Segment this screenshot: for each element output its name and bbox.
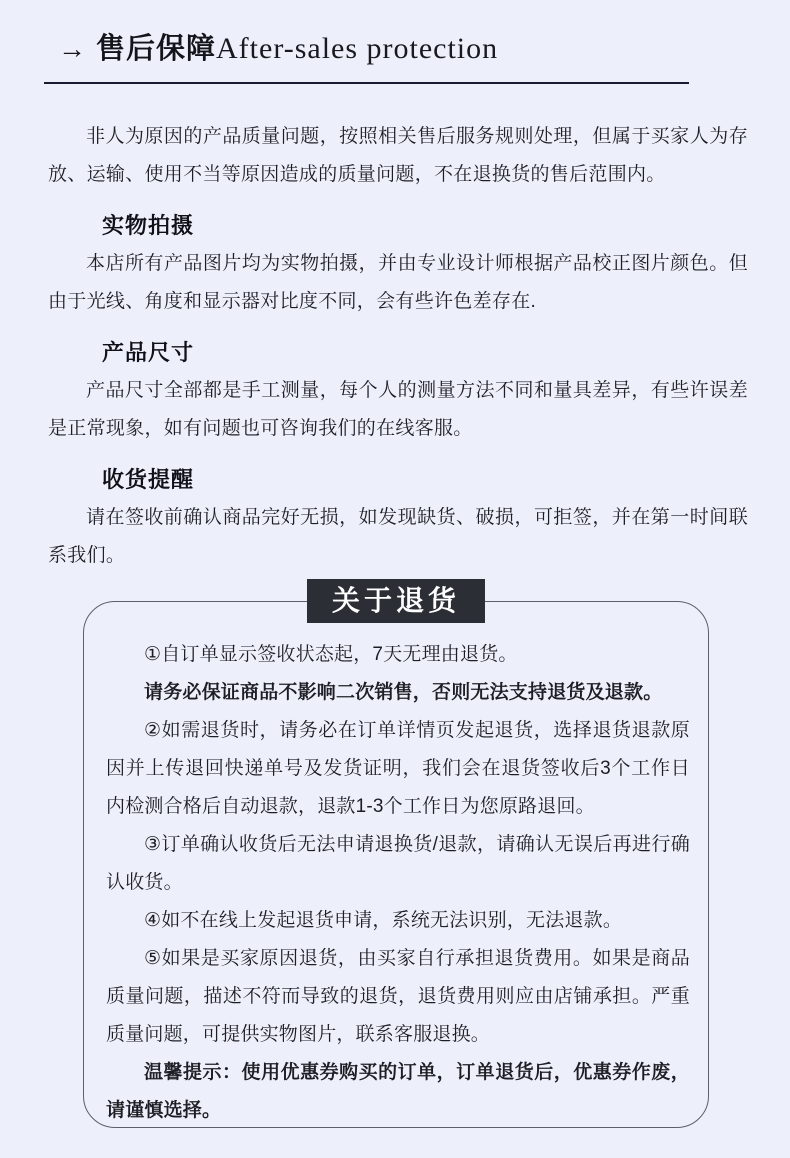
returns-policy-box: 关于退货 ①自订单显示签收状态起，7天无理由退货。 请务必保证商品不影响二次销售…: [83, 601, 709, 1128]
returns-item-6: ⑤如果是买家原因退货，由买家自行承担退货费用。如果是商品质量问题，描述不符而导致…: [106, 940, 690, 1054]
intro-paragraph: 非人为原因的产品质量问题，按照相关售后服务规则处理，但属于买家人为存放、运输、使…: [48, 118, 748, 194]
section-body-product-size: 产品尺寸全部都是手工测量，每个人的测量方法不同和量具差异，有些许误差是正常现象，…: [48, 372, 748, 448]
section-heading-delivery-reminder: 收货提醒: [102, 465, 790, 495]
returns-badge: 关于退货: [307, 579, 485, 623]
section-body-real-photos: 本店所有产品图片均为实物拍摄，并由专业设计师根据产品校正图片颜色。但由于光线、角…: [48, 245, 748, 321]
returns-item-7-coupon-tip: 温馨提示：使用优惠券购买的订单，订单退货后，优惠券作废，请谨慎选择。: [106, 1054, 690, 1130]
returns-item-4: ③订单确认收货后无法申请退换货/退款，请确认无误后再进行确认收货。: [106, 826, 690, 902]
section-heading-real-photos: 实物拍摄: [102, 211, 790, 241]
returns-policy-list: ①自订单显示签收状态起，7天无理由退货。 请务必保证商品不影响二次销售，否则无法…: [84, 602, 708, 1130]
section-heading-product-size: 产品尺寸: [102, 338, 790, 368]
after-sales-page: → 售后保障 After-sales protection 非人为原因的产品质量…: [0, 0, 790, 1158]
page-title-en: After-sales protection: [216, 32, 498, 66]
returns-item-5: ④如不在线上发起退货申请，系统无法识别，无法退款。: [106, 902, 690, 940]
title-underline: [44, 82, 689, 84]
page-title-zh: 售后保障: [96, 26, 216, 67]
arrow-right-icon: →: [58, 33, 86, 65]
returns-item-3: ②如需退货时，请务必在订单详情页发起退货，选择退货退款原因并上传退回快递单号及发…: [106, 712, 690, 826]
returns-item-1: ①自订单显示签收状态起，7天无理由退货。: [106, 636, 690, 674]
returns-item-2-warning: 请务必保证商品不影响二次销售，否则无法支持退货及退款。: [106, 674, 690, 712]
section-body-delivery-reminder: 请在签收前确认商品完好无损，如发现缺货、破损，可拒签，并在第一时间联系我们。: [48, 499, 748, 575]
page-title: → 售后保障 After-sales protection: [0, 0, 790, 67]
